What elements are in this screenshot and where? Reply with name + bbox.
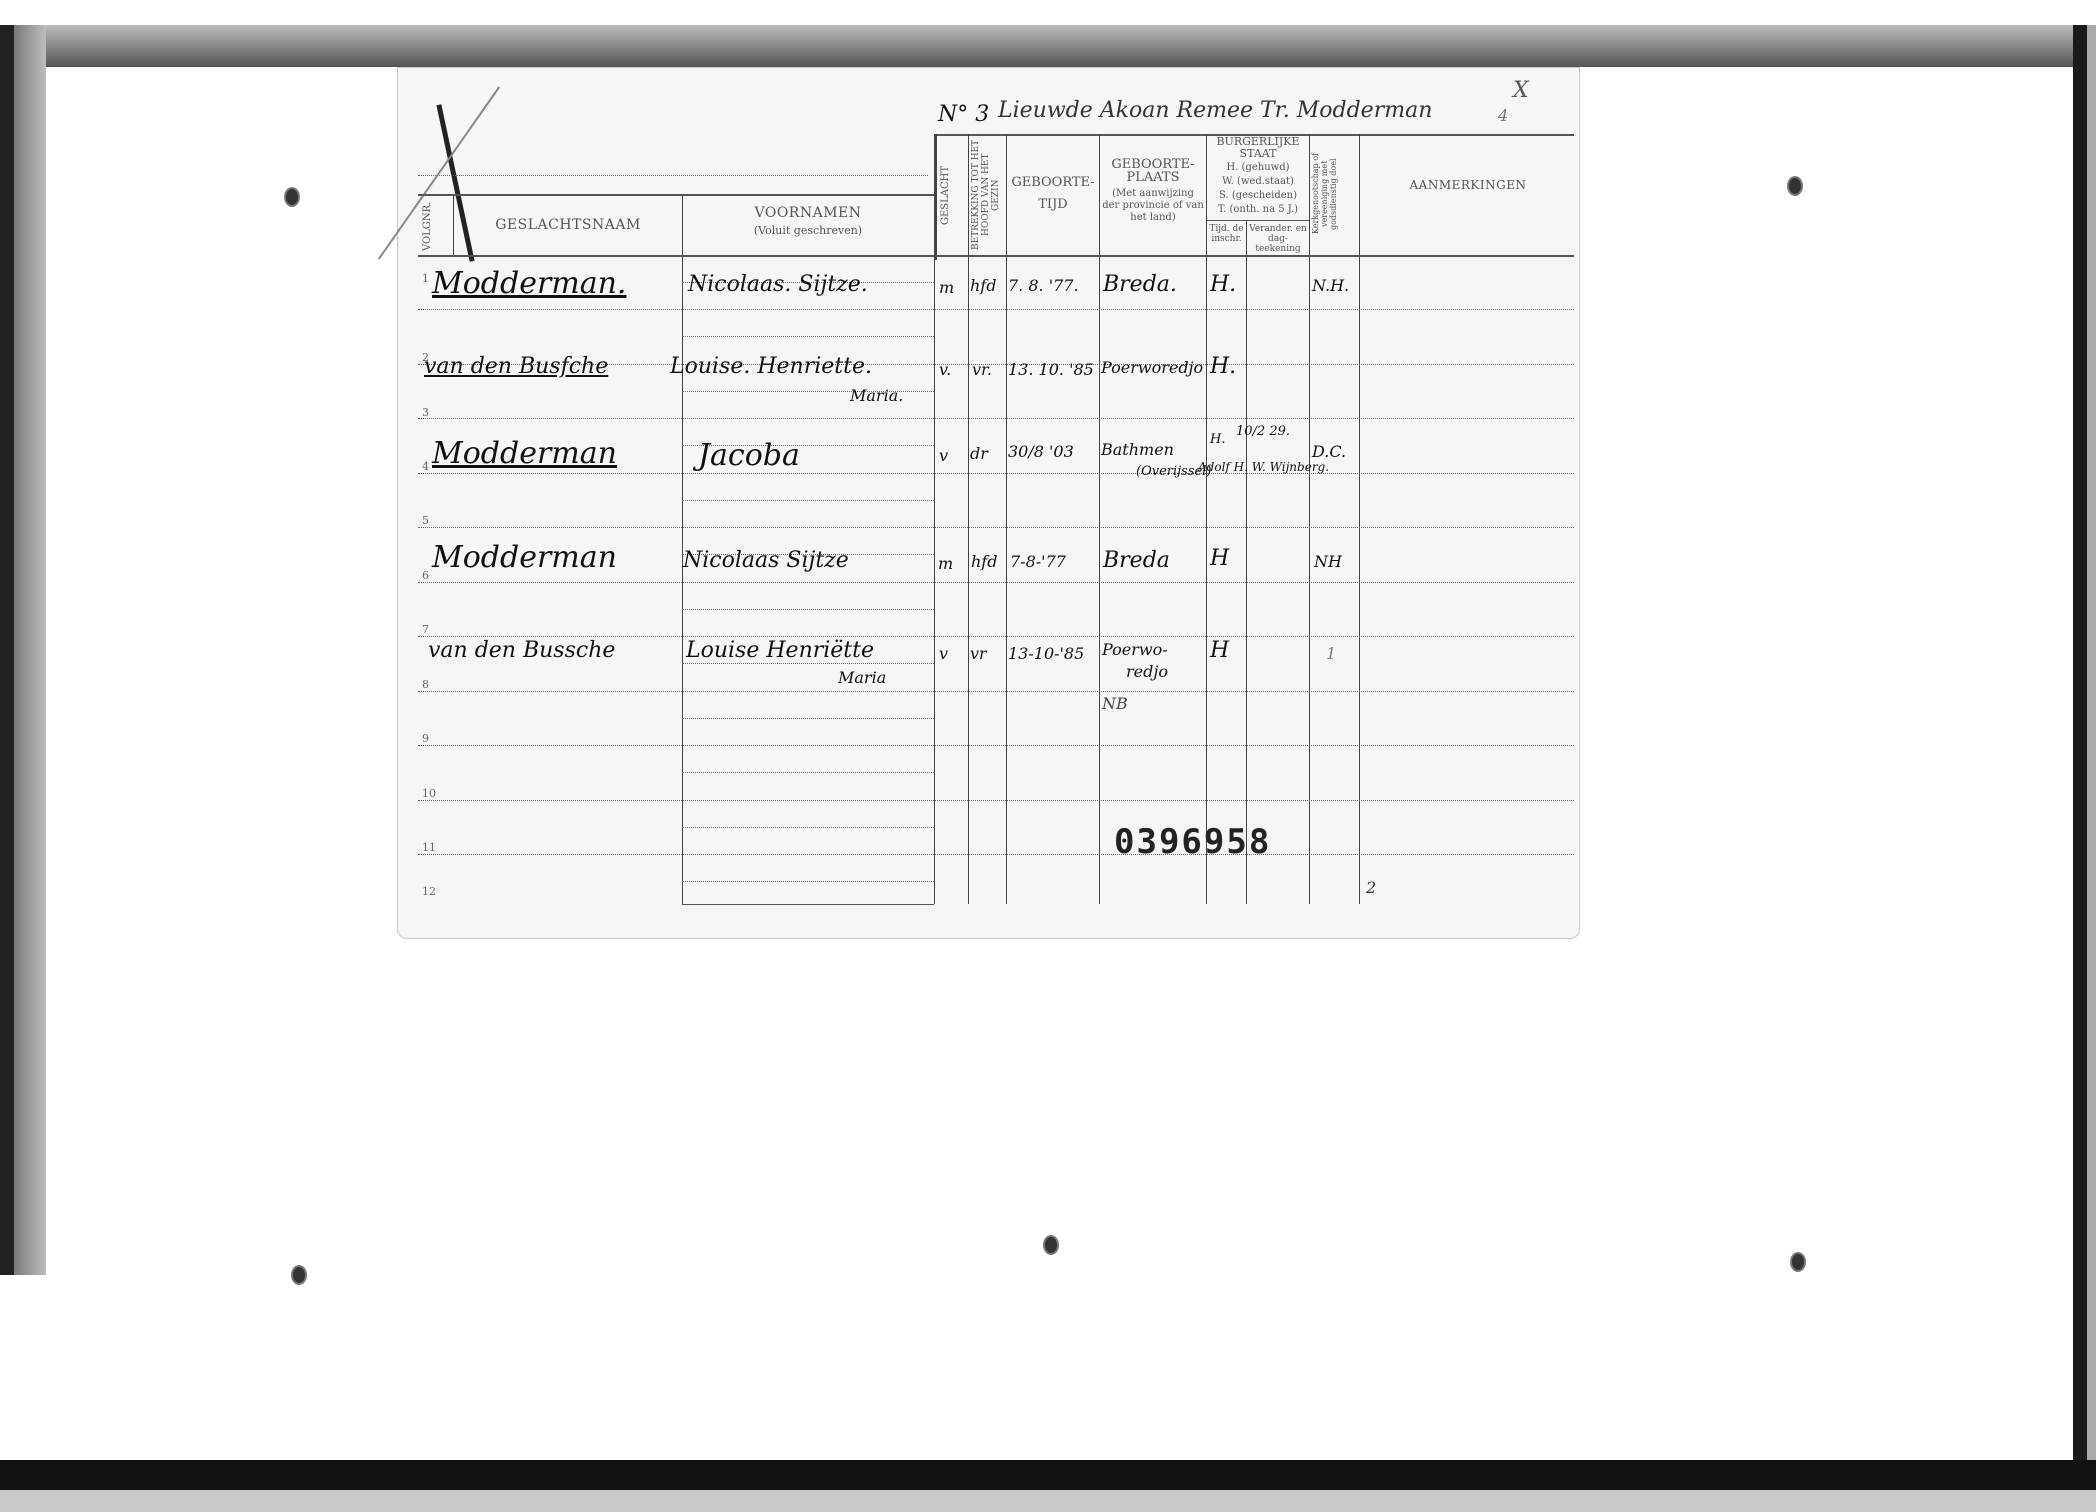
row-line xyxy=(418,309,1574,310)
row-line xyxy=(418,418,1574,419)
sub-line xyxy=(682,336,934,337)
header-burgerlijke-staat: BURGERLIJKE STAAT xyxy=(1208,136,1308,160)
col-divider xyxy=(934,134,935,904)
card-number-annotation: N° 3 xyxy=(938,102,989,127)
row-number: 8 xyxy=(422,678,429,691)
header-geboorteplaats-2: PLAATS xyxy=(1102,171,1204,185)
civil-status: H xyxy=(1210,638,1229,663)
header-geboortetijd-1: GEBOORTE- xyxy=(1010,176,1096,190)
margin-note: NB xyxy=(1102,694,1128,713)
given-names-line2: Maria xyxy=(838,668,886,687)
header-voornamen: VOORNAMEN xyxy=(688,206,928,220)
header-bs-verander: Verander. en dag-teekening xyxy=(1247,224,1309,254)
row-line xyxy=(418,636,1574,637)
col-divider xyxy=(968,134,969,904)
punch-hole-icon xyxy=(284,187,300,207)
header-bs-h: H. (gehuwd) xyxy=(1208,162,1308,173)
scan-border-right xyxy=(2073,25,2087,1465)
sub-line xyxy=(682,881,934,882)
birth-place-line2: redjo xyxy=(1126,662,1168,681)
scan-border-right-shade xyxy=(2087,25,2096,1465)
row-number: 4 xyxy=(422,460,429,473)
sub-line xyxy=(682,718,934,719)
voornamen-bottom xyxy=(682,904,934,905)
punch-hole-icon xyxy=(1787,176,1803,196)
row-number: 10 xyxy=(422,787,436,800)
address-annotation: Lieuwde Akoan Remee Tr. Modderman xyxy=(998,98,1432,123)
religion: N.H. xyxy=(1312,276,1349,295)
civil-status: H. xyxy=(1210,432,1225,447)
header-bottom-border xyxy=(418,255,1574,257)
scan-border-bottom-shade xyxy=(0,1490,2096,1512)
civil-status: H xyxy=(1210,546,1229,571)
sex: m xyxy=(938,554,953,573)
header-bs-w: W. (wed.staat) xyxy=(1208,176,1308,187)
sex: m xyxy=(939,278,954,297)
header-bs-s: S. (gescheiden) xyxy=(1208,190,1308,201)
civil-date: 10/2 29. xyxy=(1236,424,1290,439)
given-names: Louise. Henriette. xyxy=(670,354,872,379)
birth-place: Poerwo- xyxy=(1102,640,1168,659)
divider xyxy=(418,175,928,176)
row-number: 6 xyxy=(422,569,429,582)
registry-card: N° 3 Lieuwde Akoan Remee Tr. Modderman X… xyxy=(397,67,1580,939)
given-names: Nicolaas Sijtze xyxy=(683,548,849,573)
civil-change: Adolf H. W. Wijnberg. xyxy=(1198,460,1329,474)
birth-place: Breda. xyxy=(1103,272,1177,297)
relation: vr. xyxy=(972,360,992,379)
archive-stamp-number: 0396958 xyxy=(1114,822,1271,862)
header-top-border-left xyxy=(418,194,934,196)
row-number: 7 xyxy=(422,623,429,636)
header-bs-t: T. (onth. na 5 J.) xyxy=(1208,204,1308,215)
row-line xyxy=(418,854,1574,855)
col-divider xyxy=(1006,134,1007,904)
birth-date: 13. 10. '85 xyxy=(1008,360,1094,379)
header-geslachtsnaam: GESLACHTSNAAM xyxy=(458,218,678,232)
col-divider xyxy=(1099,134,1100,904)
punch-hole-icon xyxy=(291,1265,307,1285)
col-divider xyxy=(1309,134,1310,904)
header-aanmerkingen: AANMERKINGEN xyxy=(1363,178,1573,192)
birth-date: 13-10-'85 xyxy=(1008,644,1084,663)
header-geboorteplaats-sub: (Met aanwijzing der provincie of van het… xyxy=(1102,188,1204,224)
footer-mark: 2 xyxy=(1366,878,1376,897)
punch-hole-icon xyxy=(1043,1235,1059,1255)
sub-line xyxy=(682,609,934,610)
row-line xyxy=(418,473,1574,474)
relation: hfd xyxy=(970,276,996,295)
birth-date: 30/8 '03 xyxy=(1008,442,1074,461)
sex: v xyxy=(939,446,948,465)
birth-date: 7-8-'77 xyxy=(1010,552,1066,571)
header-betrekking: BETREKKING TOT HET HOOFD VAN HET GEZIN xyxy=(971,138,1003,252)
sex: v. xyxy=(939,360,951,379)
corner-annotation: X xyxy=(1513,78,1529,103)
civil-status: H. xyxy=(1210,354,1236,379)
birth-place: Bathmen xyxy=(1101,440,1174,459)
civil-status: H. xyxy=(1210,272,1236,297)
row-number: 5 xyxy=(422,514,429,527)
subheader-divider xyxy=(1206,220,1309,221)
sub-line xyxy=(682,500,934,501)
surname: Modderman xyxy=(432,436,617,471)
religion: 1 xyxy=(1326,644,1336,663)
row-line xyxy=(418,582,1574,583)
religion: D.C. xyxy=(1312,442,1346,461)
row-number: 12 xyxy=(422,885,436,898)
religion: NH xyxy=(1314,552,1342,571)
scan-border-top xyxy=(0,25,2096,67)
row-number: 11 xyxy=(422,841,436,854)
row-number: 9 xyxy=(422,732,429,745)
relation: dr xyxy=(970,444,988,463)
col-divider xyxy=(1246,220,1247,904)
relation: hfd xyxy=(971,552,997,571)
header-geslacht: GESLACHT xyxy=(940,140,964,250)
col-divider xyxy=(1206,134,1207,904)
scan-border-bottom xyxy=(0,1460,2096,1490)
birth-date: 7. 8. '77. xyxy=(1008,276,1079,295)
sub-line xyxy=(682,827,934,828)
given-names: Nicolaas. Sijtze. xyxy=(688,272,868,297)
row-line xyxy=(418,745,1574,746)
col-divider xyxy=(453,194,454,255)
sub-line xyxy=(682,663,934,664)
surname: van den Bussche xyxy=(428,638,615,663)
header-kerkgenootschap: Kerkgenootschap of vereeniging met godsd… xyxy=(1311,136,1357,252)
col-divider xyxy=(1359,134,1360,904)
scan-border-left xyxy=(0,25,14,1275)
header-voornamen-sub: (Voluit geschreven) xyxy=(688,224,928,238)
birth-place: Breda xyxy=(1103,548,1170,573)
given-names: Louise Henriëtte xyxy=(686,638,874,663)
row-line xyxy=(418,527,1574,528)
scan-border-left-shade xyxy=(14,25,46,1275)
surname: Modderman. xyxy=(432,266,626,301)
sub-line xyxy=(682,772,934,773)
given-names-line2: Maria. xyxy=(850,386,903,405)
corner-number: 4 xyxy=(1498,106,1508,125)
sex: v xyxy=(939,644,948,663)
row-number: 1 xyxy=(422,272,429,285)
header-bs-tijd: Tijd. de inschr. xyxy=(1207,224,1246,244)
surname: Modderman xyxy=(432,540,617,575)
row-line xyxy=(418,800,1574,801)
surname: van den Busfche xyxy=(424,354,608,379)
header-geboortetijd-2: TIJD xyxy=(1010,198,1096,212)
punch-hole-icon xyxy=(1790,1252,1806,1272)
birth-place: Poerworedjo xyxy=(1101,358,1203,377)
header-volgnr: VOLGNR. xyxy=(422,200,444,252)
row-number: 3 xyxy=(422,406,429,419)
relation: vr xyxy=(970,644,987,663)
row-line xyxy=(418,691,1574,692)
given-names: Jacoba xyxy=(698,438,800,473)
